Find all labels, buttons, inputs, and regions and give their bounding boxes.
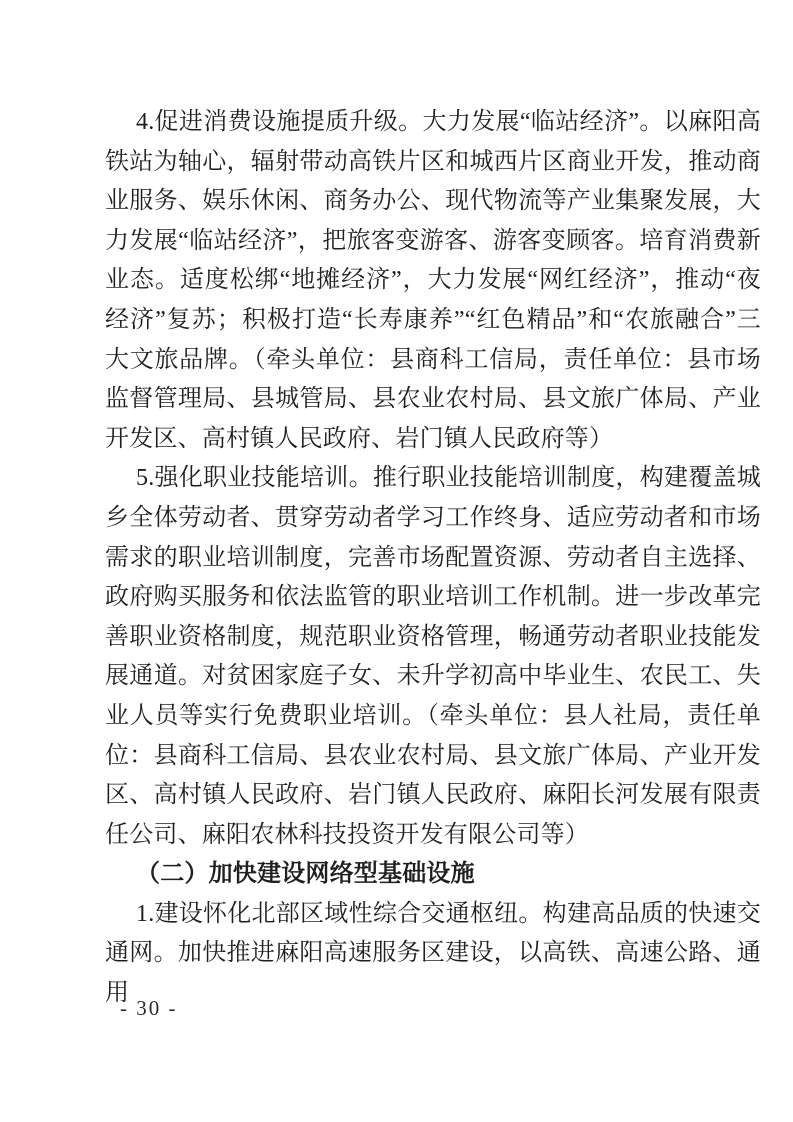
paragraph-5-main-text: 5.强化职业技能培训。推行职业技能培训制度，构建覆盖城乡全体劳动者、贯穿劳动者学…: [105, 465, 761, 729]
paragraph-1: 1.建设怀化北部区域性综合交通枢纽。构建高品质的快速交通网。加快推进麻阳高速服务…: [105, 895, 761, 1014]
section-heading: （二）加快建设网络型基础设施: [105, 855, 761, 895]
page-number: - 30 -: [120, 995, 178, 1021]
paragraph-4-main-text: 4.促进消费设施提质升级。大力发展“临站经济”。以麻阳高铁站为轴心，辐射带动高铁…: [105, 109, 761, 373]
paragraph-4: 4.促进消费设施提质升级。大力发展“临站经济”。以麻阳高铁站为轴心，辐射带动高铁…: [105, 103, 761, 459]
paragraph-5: 5.强化职业技能培训。推行职业技能培训制度，构建覆盖城乡全体劳动者、贯穿劳动者学…: [105, 459, 761, 855]
document-page: 4.促进消费设施提质升级。大力发展“临站经济”。以麻阳高铁站为轴心，辐射带动高铁…: [0, 0, 793, 1122]
document-body: 4.促进消费设施提质升级。大力发展“临站经济”。以麻阳高铁站为轴心，辐射带动高铁…: [105, 103, 761, 1014]
